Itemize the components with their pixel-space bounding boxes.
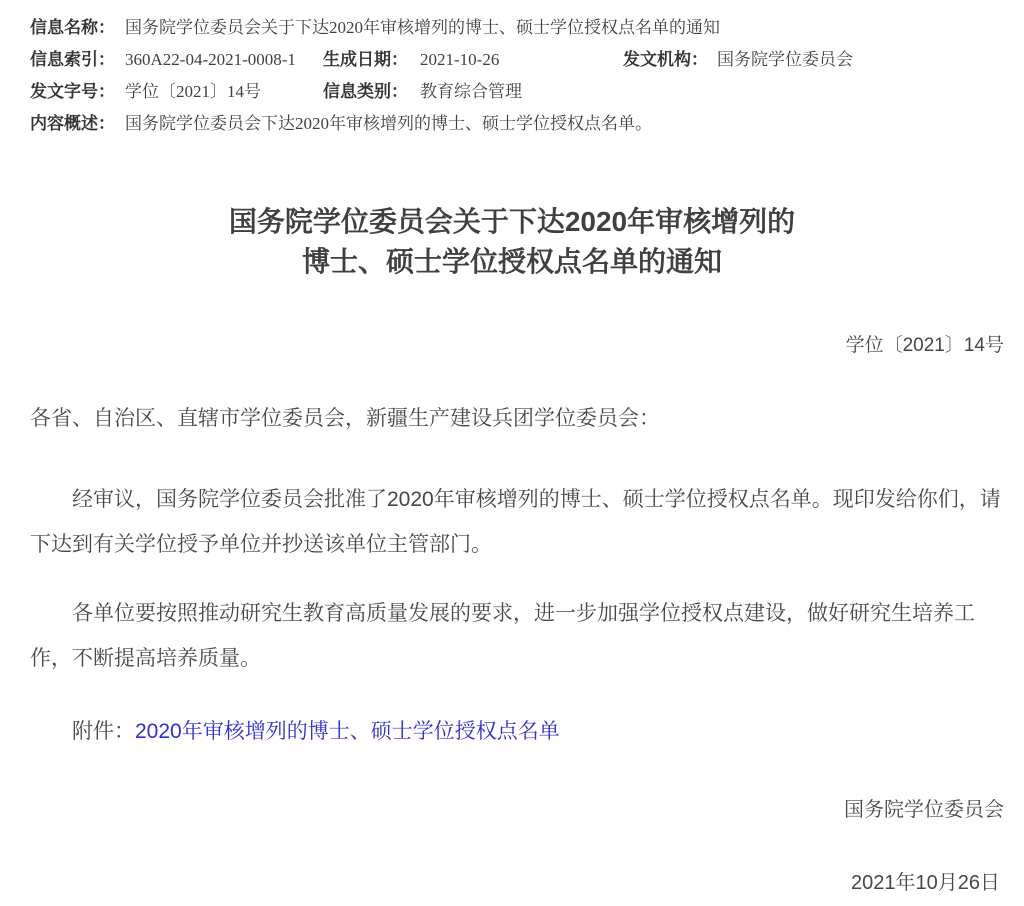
meta-row-index: 信息索引： 360A22-04-2021-0008-1 生成日期： 2021-1… xyxy=(30,44,1004,76)
meta-summary-label: 内容概述： xyxy=(30,108,125,140)
page-title-line2: 博士、硕士学位授权点名单的通知 xyxy=(0,242,1024,282)
salutation: 各省、自治区、直辖市学位委员会，新疆生产建设兵团学位委员会： xyxy=(0,396,1024,441)
meta-gen-date-label: 生成日期： xyxy=(323,44,420,76)
meta-row-docno: 发文字号： 学位〔2021〕14号 信息类别： 教育综合管理 xyxy=(30,76,1004,108)
meta-name-value: 国务院学位委员会关于下达2020年审核增列的博士、硕士学位授权点名单的通知 xyxy=(125,12,1004,44)
issuer-signature: 国务院学位委员会 xyxy=(0,788,1024,833)
issue-date: 2021年10月26日 xyxy=(0,861,1024,906)
meta-summary-value: 国务院学位委员会下达2020年审核增列的博士、硕士学位授权点名单。 xyxy=(125,108,1004,140)
meta-agency-value: 国务院学位委员会 xyxy=(717,44,1004,76)
attachment-link[interactable]: 2020年审核增列的博士、硕士学位授权点名单 xyxy=(135,720,560,743)
meta-row-name: 信息名称： 国务院学位委员会关于下达2020年审核增列的博士、硕士学位授权点名单… xyxy=(30,12,1004,44)
meta-agency-label: 发文机构： xyxy=(623,44,717,76)
paragraph-2: 各单位要按照推动研究生教育高质量发展的要求，进一步加强学位授权点建设，做好研究生… xyxy=(0,591,1024,681)
meta-category-value: 教育综合管理 xyxy=(420,76,1004,108)
meta-index-label: 信息索引： xyxy=(30,44,125,76)
meta-name-label: 信息名称： xyxy=(30,12,125,44)
document-number: 学位〔2021〕14号 xyxy=(0,332,1024,360)
page-title-line1: 国务院学位委员会关于下达2020年审核增列的 xyxy=(0,202,1024,242)
paragraph-1: 经审议，国务院学位委员会批准了2020年审核增列的博士、硕士学位授权点名单。现印… xyxy=(0,477,1024,567)
meta-gen-date-value: 2021-10-26 xyxy=(420,44,623,76)
attachment-label: 附件： xyxy=(72,720,135,743)
meta-index-value: 360A22-04-2021-0008-1 xyxy=(125,44,323,76)
meta-docno-label: 发文字号： xyxy=(30,76,125,108)
meta-category-label: 信息类别： xyxy=(323,76,420,108)
attachment-line: 附件：2020年审核增列的博士、硕士学位授权点名单 xyxy=(0,709,1024,754)
meta-docno-value: 学位〔2021〕14号 xyxy=(125,76,323,108)
metadata-header: 信息名称： 国务院学位委员会关于下达2020年审核增列的博士、硕士学位授权点名单… xyxy=(0,0,1024,140)
meta-row-summary: 内容概述： 国务院学位委员会下达2020年审核增列的博士、硕士学位授权点名单。 xyxy=(30,108,1004,140)
notice-page: 信息名称： 国务院学位委员会关于下达2020年审核增列的博士、硕士学位授权点名单… xyxy=(0,0,1024,906)
page-title: 国务院学位委员会关于下达2020年审核增列的 博士、硕士学位授权点名单的通知 xyxy=(0,202,1024,282)
